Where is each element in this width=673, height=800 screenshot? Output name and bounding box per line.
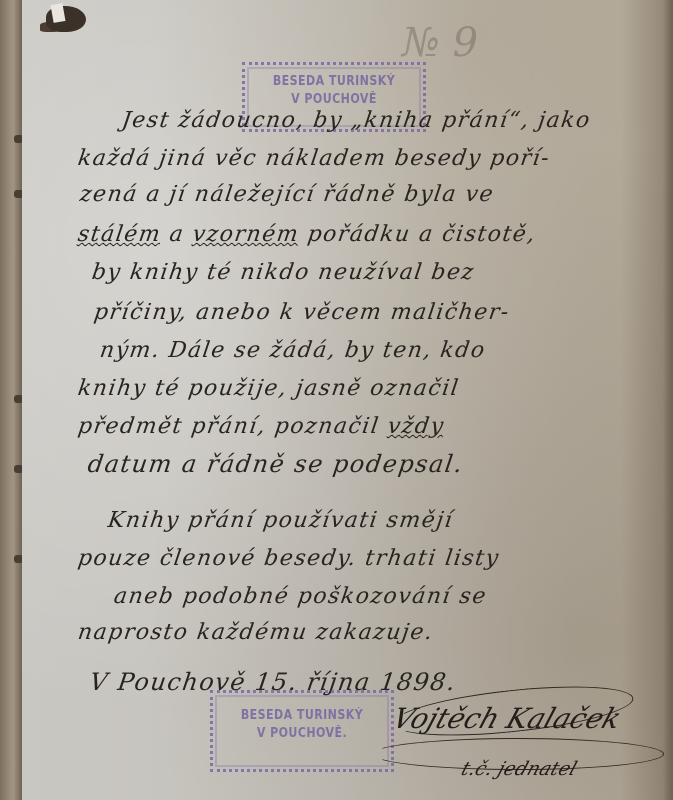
underlined-word: stálém [76, 222, 163, 247]
underlined-word: vždy [386, 414, 446, 439]
body-line: stálém a vzorném pořádku a čistotě, [76, 222, 537, 247]
signature-title: t.č. jednatel [458, 758, 579, 780]
body-line: aneb podobné poškozování se [112, 584, 488, 609]
stamp-top-line2: V POUCHOVĚ [258, 91, 409, 109]
body-line: ným. Dále se žádá, by ten, kdo [98, 338, 487, 363]
body-line: datum a řádně se podepsal. [86, 450, 465, 478]
body-line: knihy té použije, jasně označil [76, 376, 461, 401]
stamp-bottom-line2: V POUCHOVĚ. [226, 725, 377, 743]
stamp-top-line1: BESEDA TURINSKÝ [258, 73, 409, 91]
signature: Vojtěch Kalaček [389, 702, 626, 735]
body-line: naprosto každému zakazuje. [76, 620, 435, 645]
document-page: № 9 BESEDA TURINSKÝ V POUCHOVĚ Jest žádo… [22, 0, 673, 800]
underlined-word: vzorném [191, 222, 301, 247]
body-line: předmět přání, poznačil vždy [76, 414, 446, 439]
stamp-bottom-line1: BESEDA TURINSKÝ [226, 707, 377, 725]
body-line: Knihy přání používati smějí [106, 508, 455, 533]
page-edge-shadow [663, 0, 673, 800]
body-line: zená a jí náležející řádně byla ve [78, 182, 496, 207]
body-line: pouze členové besedy. trhati listy [76, 546, 501, 571]
body-line: Jest žádoucno, by „kniha přání“, jako [120, 108, 592, 133]
stamp-bottom: BESEDA TURINSKÝ V POUCHOVĚ. [210, 690, 394, 772]
body-line: příčiny, anebo k věcem maličher- [92, 300, 511, 325]
body-line: by knihy té nikdo neužíval bez [90, 260, 476, 285]
body-line: každá jiná věc nákladem besedy poří- [76, 146, 552, 171]
pencil-mark: № 9 [402, 20, 478, 66]
